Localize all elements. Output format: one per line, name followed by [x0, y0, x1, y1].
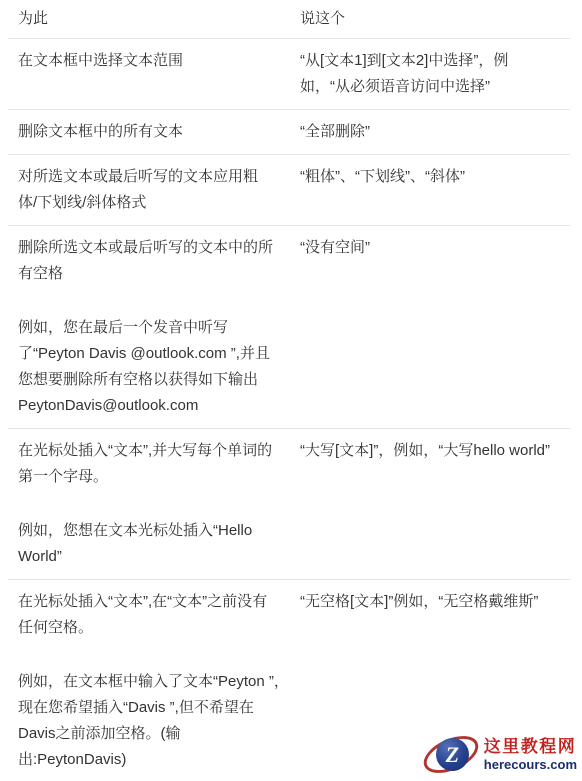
- action-cell: 对所选文本或最后听写的文本应用粗 体/下划线/斜体格式: [8, 164, 300, 216]
- site-logo-icon: Z: [422, 731, 484, 778]
- column-header-command: 说这个: [300, 6, 570, 32]
- text-line: “粗体”、“下划线”、“斜体”: [300, 164, 568, 190]
- command-text: “没有空间”: [300, 235, 568, 261]
- table-header-row: 为此 说这个: [8, 0, 570, 39]
- logo-z-badge: Z: [436, 738, 469, 771]
- logo-letter: Z: [446, 742, 459, 768]
- text-line: 体/下划线/斜体格式: [18, 190, 300, 216]
- text-line: 第一个字母。: [18, 464, 300, 490]
- command-cell: “粗体”、“下划线”、“斜体”: [300, 164, 570, 216]
- text-line: 例如，您想在文本光标处插入“Hello: [18, 518, 300, 544]
- text-line: 了“Peyton Davis @outlook.com ”,并且: [18, 341, 300, 367]
- text-line: 在光标处插入“文本”,在“文本”之前没有: [18, 589, 300, 615]
- table-row: 在文本框中选择文本范围 “从[文本1]到[文本2]中选择”，例 如，“从必须语音…: [8, 39, 570, 110]
- command-text: “从[文本1]到[文本2]中选择”，例 如，“从必须语音访问中选择”: [300, 48, 568, 100]
- table-row: 删除所选文本或最后听写的文本中的所 有空格 例如，您在最后一个发音中听写 了“P…: [8, 226, 570, 429]
- text-line: 您想要删除所有空格以获得如下输出: [18, 367, 300, 393]
- action-cell: 在光标处插入“文本”,在“文本”之前没有 任何空格。 例如，在文本框中输入了文本…: [8, 589, 300, 773]
- watermark-texts: 这里教程网 herecours.com: [484, 737, 580, 772]
- column-header-action: 为此: [8, 6, 300, 32]
- text-line: 例如，在文本框中输入了文本“Peyton ”，: [18, 669, 300, 695]
- command-text: “大写[文本]”，例如，“大写hello world”: [300, 438, 568, 464]
- text-line: 有空格: [18, 261, 300, 287]
- text-line: 在光标处插入“文本”,并大写每个单词的: [18, 438, 300, 464]
- command-text: “粗体”、“下划线”、“斜体”: [300, 164, 568, 190]
- action-cell: 删除所选文本或最后听写的文本中的所 有空格 例如，您在最后一个发音中听写 了“P…: [8, 235, 300, 419]
- command-cell: “从[文本1]到[文本2]中选择”，例 如，“从必须语音访问中选择”: [300, 48, 570, 100]
- text-line: World”: [18, 544, 300, 570]
- text-line: 删除所选文本或最后听写的文本中的所: [18, 235, 300, 261]
- text-line: 例如，您在最后一个发音中听写: [18, 315, 300, 341]
- text-line: 现在您希望插入“Davis ”,但不希望在: [18, 695, 300, 721]
- table-row: 对所选文本或最后听写的文本应用粗 体/下划线/斜体格式 “粗体”、“下划线”、“…: [8, 155, 570, 226]
- action-cell: 删除文本框中的所有文本: [8, 119, 300, 145]
- table-row: 在光标处插入“文本”,并大写每个单词的 第一个字母。 例如，您想在文本光标处插入…: [8, 429, 570, 580]
- text-line: “没有空间”: [300, 235, 568, 261]
- text-line: 如，“从必须语音访问中选择”: [300, 74, 568, 100]
- text-line: “全部删除”: [300, 119, 568, 145]
- header-label: 说这个: [300, 6, 568, 32]
- action-cell: 在光标处插入“文本”,并大写每个单词的 第一个字母。 例如，您想在文本光标处插入…: [8, 438, 300, 570]
- text-line: 对所选文本或最后听写的文本应用粗: [18, 164, 300, 190]
- action-cell: 在文本框中选择文本范围: [8, 48, 300, 100]
- watermark-logo: Z 这里教程网 herecours.com: [422, 731, 580, 778]
- action-text: 删除所选文本或最后听写的文本中的所 有空格: [18, 235, 300, 287]
- action-text: 在文本框中选择文本范围: [18, 48, 300, 74]
- text-line: “大写[文本]”，例如，“大写hello world”: [300, 438, 568, 464]
- text-line: 出:PeytonDavis): [18, 747, 300, 773]
- text-line: 删除文本框中的所有文本: [18, 119, 300, 145]
- voice-commands-table: 为此 说这个 在文本框中选择文本范围 “从[文本1]到[文本2]中选择”，例 如…: [8, 0, 570, 781]
- example-text: 例如，在文本框中输入了文本“Peyton ”， 现在您希望插入“Davis ”,…: [18, 669, 300, 773]
- site-name: 这里教程网: [484, 737, 577, 757]
- action-text: 在光标处插入“文本”,并大写每个单词的 第一个字母。: [18, 438, 300, 490]
- text-line: 任何空格。: [18, 615, 300, 641]
- text-line: “从[文本1]到[文本2]中选择”，例: [300, 48, 568, 74]
- command-cell: “大写[文本]”，例如，“大写hello world”: [300, 438, 570, 570]
- table-row: 删除文本框中的所有文本 “全部删除”: [8, 110, 570, 155]
- example-text: 例如，您想在文本光标处插入“Hello World”: [18, 518, 300, 570]
- text-line: Davis之前添加空格。(输: [18, 721, 300, 747]
- action-text: 在光标处插入“文本”,在“文本”之前没有 任何空格。: [18, 589, 300, 641]
- action-text: 对所选文本或最后听写的文本应用粗 体/下划线/斜体格式: [18, 164, 300, 216]
- text-line: “无空格[文本]”例如，“无空格戴维斯”: [300, 589, 568, 615]
- action-text: 删除文本框中的所有文本: [18, 119, 300, 145]
- text-line: 在文本框中选择文本范围: [18, 48, 300, 74]
- example-text: 例如，您在最后一个发音中听写 了“Peyton Davis @outlook.c…: [18, 315, 300, 419]
- command-cell: “全部删除”: [300, 119, 570, 145]
- command-text: “无空格[文本]”例如，“无空格戴维斯”: [300, 589, 568, 615]
- header-label: 为此: [18, 6, 300, 32]
- command-cell: “没有空间”: [300, 235, 570, 419]
- site-url: herecours.com: [484, 757, 577, 772]
- text-line: PeytonDavis@outlook.com: [18, 393, 300, 419]
- command-text: “全部删除”: [300, 119, 568, 145]
